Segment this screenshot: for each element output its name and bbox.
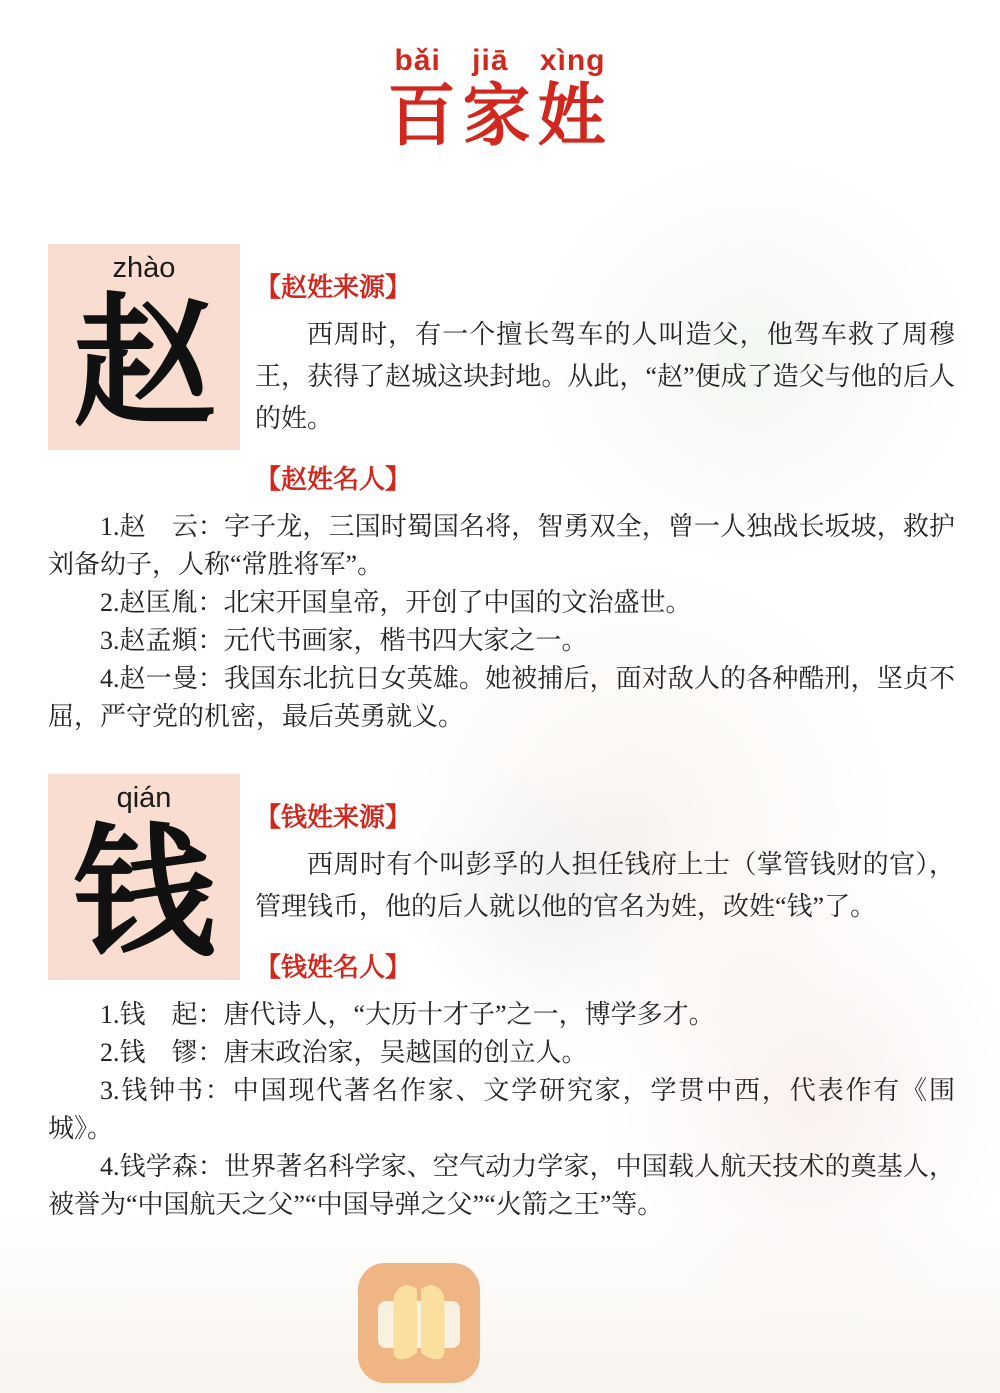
open-book-icon: [358, 1263, 480, 1383]
background-bottom-band: [0, 1213, 1000, 1393]
origin-heading: 【钱姓来源】: [255, 800, 955, 834]
famous-person-item: 3.钱钟书：中国现代著名作家、文学研究家，学贯中西，代表作有《围城》。: [48, 1072, 955, 1148]
surname-character: 赵: [48, 286, 240, 442]
famous-person-item: 1.赵 云：字子龙，三国时蜀国名将，智勇双全，曾一人独战长坂坡，救护刘备幼子，人…: [48, 508, 955, 584]
famous-people-list: 1.赵 云：字子龙，三国时蜀国名将，智勇双全，曾一人独战长坂坡，救护刘备幼子，人…: [48, 508, 955, 736]
surname-pinyin: zhào: [48, 250, 240, 286]
app-logo-badge: [358, 1263, 480, 1383]
content: zhào 赵 【赵姓来源】 西周时，有一个擅长驾车的人叫造父，他驾车救了周穆王，…: [48, 244, 955, 1224]
famous-people-list: 1.钱 起：唐代诗人，“大历十才子”之一，博学多才。 2.钱 镠：唐末政治家，吴…: [48, 996, 955, 1224]
famous-person-item: 2.赵匡胤：北宋开国皇帝，开创了中国的文治盛世。: [48, 584, 955, 622]
section-grid: zhào 赵 【赵姓来源】 西周时，有一个擅长驾车的人叫造父，他驾车救了周穆王，…: [48, 244, 955, 496]
surname-card-zhao: zhào 赵: [48, 244, 240, 450]
section-grid: qián 钱 【钱姓来源】 西周时有个叫彭孚的人担任钱府上士（掌管钱财的官），管…: [48, 774, 955, 984]
book-page: bǎi jiā xìng 百家姓 zhào 赵 【赵姓来源】 西周时，有一个擅长…: [0, 0, 1000, 1393]
surname-card-qian: qián 钱: [48, 774, 240, 980]
famous-person-item: 1.钱 起：唐代诗人，“大历十才子”之一，博学多才。: [48, 996, 955, 1034]
origin-paragraph: 西周时，有一个擅长驾车的人叫造父，他驾车救了周穆王，获得了赵城这块封地。从此，“…: [255, 314, 955, 440]
section-text-column: 【钱姓来源】 西周时有个叫彭孚的人担任钱府上士（掌管钱财的官），管理钱币，他的后…: [255, 774, 955, 984]
title-pinyin: bǎi jiā xìng: [0, 44, 1000, 78]
famous-heading: 【钱姓名人】: [255, 950, 955, 984]
famous-person-item: 4.钱学森：世界著名科学家、空气动力学家，中国载人航天技术的奠基人，被誉为“中国…: [48, 1148, 955, 1224]
origin-heading: 【赵姓来源】: [255, 270, 955, 304]
famous-person-item: 3.赵孟頫：元代书画家，楷书四大家之一。: [48, 622, 955, 660]
surname-pinyin: qián: [48, 780, 240, 816]
surname-character: 钱: [48, 816, 240, 972]
famous-person-item: 2.钱 镠：唐末政治家，吴越国的创立人。: [48, 1034, 955, 1072]
page-title: 百家姓: [0, 80, 1000, 152]
origin-paragraph: 西周时有个叫彭孚的人担任钱府上士（掌管钱财的官），管理钱币，他的后人就以他的官名…: [255, 844, 955, 928]
section-text-column: 【赵姓来源】 西周时，有一个擅长驾车的人叫造父，他驾车救了周穆王，获得了赵城这块…: [255, 244, 955, 496]
famous-person-item: 4.赵一曼：我国东北抗日女英雄。她被捕后，面对敌人的各种酷刑，坚贞不屈，严守党的…: [48, 660, 955, 736]
surname-section-zhao: zhào 赵 【赵姓来源】 西周时，有一个擅长驾车的人叫造父，他驾车救了周穆王，…: [48, 244, 955, 736]
title-block: bǎi jiā xìng 百家姓: [0, 0, 1000, 152]
surname-section-qian: qián 钱 【钱姓来源】 西周时有个叫彭孚的人担任钱府上士（掌管钱财的官），管…: [48, 774, 955, 1224]
famous-heading: 【赵姓名人】: [255, 462, 955, 496]
